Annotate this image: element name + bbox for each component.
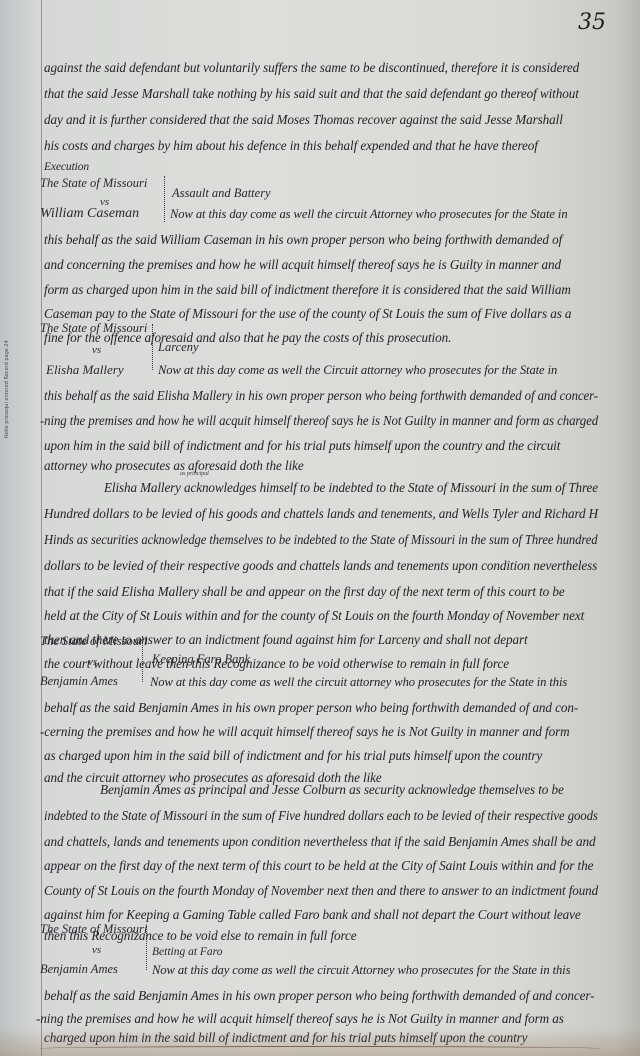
text-line: -ning the premises and how he will acqui… (36, 1011, 564, 1027)
case-charge: Keeping Faro Bank (152, 652, 250, 667)
text-line: behalf as the said Benjamin Ames in his … (44, 700, 578, 716)
text-line: and concerning the premises and how he w… (44, 257, 561, 273)
text-line: Now at this day come as well the Circuit… (158, 363, 557, 378)
text-line: Now at this day come as well the circuit… (152, 963, 570, 978)
case-versus: vs (92, 944, 101, 956)
text-line: that the said Jesse Marshall take nothin… (44, 86, 579, 102)
case-plaintiff: The State of Missouri (40, 176, 147, 191)
case-versus: vs (88, 656, 97, 668)
text-line: as charged upon him in the said bill of … (44, 748, 542, 764)
text-line: the court without leave then this Recogn… (44, 656, 509, 672)
text-line: -ning the premises and how he will acqui… (40, 413, 598, 429)
case-versus: vs (92, 344, 101, 356)
margin-rule (41, 0, 42, 1056)
brace-icon (136, 636, 143, 682)
text-line: and chattels, lands and tenements upon c… (44, 834, 595, 850)
text-line: Benjamin Ames as principal and Jesse Col… (100, 782, 564, 798)
text-line: Caseman pay to the State of Missouri for… (44, 306, 571, 322)
brace-icon (140, 926, 147, 970)
text-line: Now at this day come as well the circuit… (170, 207, 568, 222)
text-line: Hinds as securities acknowledge themselv… (44, 532, 597, 548)
brace-icon (146, 324, 153, 370)
text-line: County of St Louis on the fourth Monday … (44, 883, 598, 899)
text-line: held at the City of St Louis within and … (44, 608, 584, 624)
text-line: charged upon him in the said bill of ind… (44, 1030, 527, 1046)
text-line: Elisha Mallery acknowledges himself to b… (104, 480, 598, 496)
bottom-flourish (40, 1046, 600, 1051)
text-line: dollars to be levied of their respective… (44, 558, 597, 574)
case-defendant: Benjamin Ames (40, 962, 118, 977)
case-charge: Assault and Battery (172, 186, 271, 201)
text-line: Now at this day come as well the circuit… (150, 675, 567, 690)
interlinear-insertion: as principal (180, 471, 209, 477)
case-charge: Betting at Faro (152, 946, 222, 958)
margin-note: Nolle prosequi entered Record page 24 (4, 340, 10, 438)
case-plaintiff: The State of Missouri (40, 634, 147, 649)
text-line: upon him in the said bill of indictment … (44, 438, 560, 454)
case-defendant: Benjamin Ames (40, 674, 118, 689)
text-line: form as charged upon him in the said bil… (44, 282, 571, 298)
text-line: day and it is further considered that th… (44, 112, 563, 128)
case-plaintiff: The State of Missouri (40, 321, 147, 336)
text-line: behalf as the said Benjamin Ames in his … (44, 988, 594, 1004)
case-charge: Larceny (158, 340, 199, 355)
text-line: this behalf as the said Elisha Mallery i… (44, 388, 598, 404)
ledger-page: 35 Nolle prosequi entered Record page 24… (0, 0, 640, 1056)
text-line: attorney who prosecutes as aforesaid dot… (44, 458, 304, 474)
text-line: against him for Keeping a Gaming Table c… (44, 907, 581, 923)
text-line: -cerning the premises and how he will ac… (40, 724, 570, 740)
brace-icon (158, 176, 165, 222)
text-line: against the said defendant but voluntari… (44, 60, 579, 76)
text-line: Execution (44, 161, 89, 173)
text-line: that if the said Elisha Mallery shall be… (44, 584, 565, 600)
case-defendant: Elisha Mallery (46, 362, 124, 378)
page-number: 35 (578, 10, 606, 35)
text-line: this behalf as the said William Caseman … (44, 232, 562, 248)
text-line: appear on the first day of the next term… (44, 858, 593, 874)
text-line: his costs and charges by him about his d… (44, 138, 538, 154)
case-defendant: William Caseman (40, 206, 139, 222)
text-line: indebted to the State of Missouri in the… (44, 808, 598, 824)
text-line: Hundred dollars to be levied of his good… (44, 506, 598, 522)
case-plaintiff: The State of Missouri (40, 922, 147, 937)
